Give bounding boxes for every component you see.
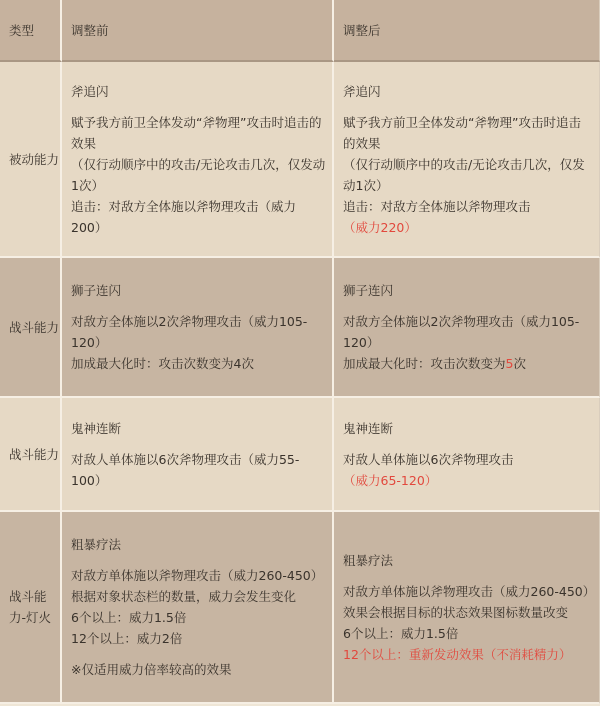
after-cell: 狮子连闪 对敌方全体施以2次斧物理攻击（威力105-120） 加成最大化时：攻击… <box>334 258 600 398</box>
after-cell: 鬼神连断 对敌人单体施以6次斧物理攻击 （威力65-120） <box>334 398 600 512</box>
after-cell: 斧追闪 赋予我方前卫全体发动“斧物理”攻击时追击的效果 （仅行动顺序中的攻击/无… <box>334 62 600 258</box>
balance-adjustment-table: 类型 调整前 调整后 被动能力 斧追闪 赋予我方前卫全体发动“斧物理”攻击时追击… <box>0 0 600 704</box>
changed-value: （威力65-120） <box>343 470 593 491</box>
skill-name: 狮子连闪 <box>343 280 593 301</box>
before-cell: 粗暴疗法 对敌方单体施以斧物理攻击（威力260-450） 根据对象状态栏的数量，… <box>62 512 334 704</box>
table-row: 战斗能力 鬼神连断 对敌人单体施以6次斧物理攻击（威力55-100） 鬼神连断 … <box>0 398 600 512</box>
changed-value: （威力220） <box>343 217 593 238</box>
header-after: 调整后 <box>334 0 600 62</box>
desc-line: 对敌方单体施以斧物理攻击（威力260-450） <box>71 565 326 586</box>
changed-value: 12个以上：重新发动效果（不消耗精力） <box>343 644 593 665</box>
skill-name: 斧追闪 <box>71 81 326 102</box>
desc-line: 追击：对敌方全体施以斧物理攻击 <box>343 196 593 217</box>
desc-line: （仅行动顺序中的攻击/无论攻击几次，仅发动1次） <box>71 154 326 196</box>
desc-line: 对敌人单体施以6次斧物理攻击 <box>343 449 593 470</box>
row-type: 战斗能力 <box>0 398 62 512</box>
skill-name: 粗暴疗法 <box>343 550 593 571</box>
header-type: 类型 <box>0 0 62 62</box>
header-before: 调整前 <box>62 0 334 62</box>
table-row: 被动能力 斧追闪 赋予我方前卫全体发动“斧物理”攻击时追击的效果 （仅行动顺序中… <box>0 62 600 258</box>
desc-line: 对敌方单体施以斧物理攻击（威力260-450） <box>343 581 593 602</box>
desc-line: 对敌人单体施以6次斧物理攻击（威力55-100） <box>71 449 326 491</box>
desc-line: 追击：对敌方全体施以斧物理攻击（威力200） <box>71 196 326 238</box>
row-type: 被动能力 <box>0 62 62 258</box>
desc-line: 赋予我方前卫全体发动“斧物理”攻击时追击的效果 <box>71 112 326 154</box>
desc-line: 效果会根据目标的状态效果图标数量改变 <box>343 602 593 623</box>
text-segment: 次 <box>513 356 526 371</box>
desc-line: 12个以上：威力2倍 <box>71 628 326 649</box>
skill-name: 狮子连闪 <box>71 280 326 301</box>
desc-line: 对敌方全体施以2次斧物理攻击（威力105-120） <box>71 311 326 353</box>
table-row: 战斗能力-灯火 粗暴疗法 对敌方单体施以斧物理攻击（威力260-450） 根据对… <box>0 512 600 704</box>
before-cell: 狮子连闪 对敌方全体施以2次斧物理攻击（威力105-120） 加成最大化时：攻击… <box>62 258 334 398</box>
skill-name: 鬼神连断 <box>71 418 326 439</box>
before-cell: 鬼神连断 对敌人单体施以6次斧物理攻击（威力55-100） <box>62 398 334 512</box>
desc-line: （仅行动顺序中的攻击/无论攻击几次，仅发动1次） <box>343 154 593 196</box>
before-cell: 斧追闪 赋予我方前卫全体发动“斧物理”攻击时追击的效果 （仅行动顺序中的攻击/无… <box>62 62 334 258</box>
table-header-row: 类型 调整前 调整后 <box>0 0 600 62</box>
desc-line: 加成最大化时：攻击次数变为4次 <box>71 353 326 374</box>
row-type: 战斗能力-灯火 <box>0 512 62 704</box>
text-segment: 加成最大化时：攻击次数变为 <box>343 356 506 371</box>
skill-name: 斧追闪 <box>343 81 593 102</box>
after-cell: 粗暴疗法 对敌方单体施以斧物理攻击（威力260-450） 效果会根据目标的状态效… <box>334 512 600 704</box>
desc-line: 6个以上：威力1.5倍 <box>71 607 326 628</box>
skill-name: 鬼神连断 <box>343 418 593 439</box>
desc-line: 根据对象状态栏的数量，威力会发生变化 <box>71 586 326 607</box>
note-line: ※仅适用威力倍率较高的效果 <box>71 659 326 680</box>
skill-name: 粗暴疗法 <box>71 534 326 555</box>
row-type: 战斗能力 <box>0 258 62 398</box>
desc-line: 加成最大化时：攻击次数变为5次 <box>343 353 593 374</box>
desc-line: 对敌方全体施以2次斧物理攻击（威力105-120） <box>343 311 593 353</box>
table-row: 战斗能力 狮子连闪 对敌方全体施以2次斧物理攻击（威力105-120） 加成最大… <box>0 258 600 398</box>
desc-line: 赋予我方前卫全体发动“斧物理”攻击时追击的效果 <box>343 112 593 154</box>
desc-line: 6个以上：威力1.5倍 <box>343 623 593 644</box>
